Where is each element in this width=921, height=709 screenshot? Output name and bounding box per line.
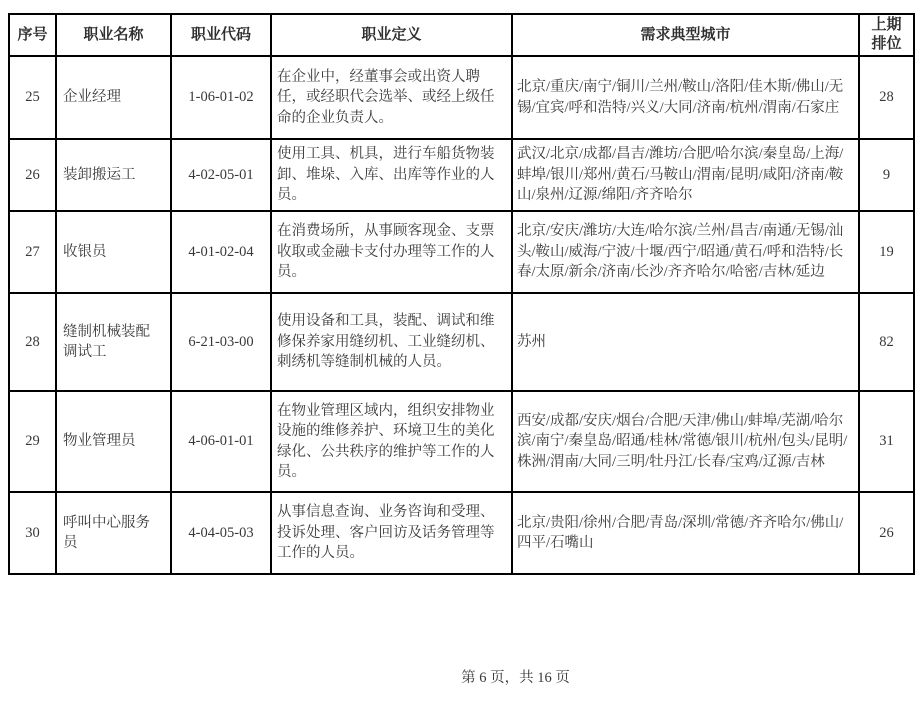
cell-demand-cities: 苏州 xyxy=(512,293,859,391)
header-previous-rank-line2: 排位 xyxy=(862,35,911,54)
cell-occupation-name: 企业经理 xyxy=(56,56,171,139)
header-occupation-definition: 职业定义 xyxy=(271,14,512,56)
cell-occupation-definition: 在物业管理区域内，组织安排物业设施的维修养护、环境卫生的美化绿化、公共秩序的维护… xyxy=(271,391,512,492)
cell-occupation-name: 装卸搬运工 xyxy=(56,139,171,211)
table-row: 26 装卸搬运工 4-02-05-01 使用工具、机具，进行车船货物装卸、堆垛、… xyxy=(9,139,914,211)
cell-previous-rank: 9 xyxy=(859,139,914,211)
table-header-row: 序号 职业名称 职业代码 职业定义 需求典型城市 上期 排位 xyxy=(9,14,914,56)
cell-occupation-code: 4-06-01-01 xyxy=(171,391,271,492)
cell-occupation-definition: 从事信息查询、业务咨询和受理、投诉处理、客户回访及话务管理等工作的人员。 xyxy=(271,492,512,574)
cell-previous-rank: 26 xyxy=(859,492,914,574)
table-row: 25 企业经理 1-06-01-02 在企业中，经董事会或出资人聘任，或经职代会… xyxy=(9,56,914,139)
occupation-ranking-table: 序号 职业名称 职业代码 职业定义 需求典型城市 上期 排位 25 企业经理 1… xyxy=(8,13,915,575)
cell-serial: 27 xyxy=(9,211,56,293)
cell-occupation-name: 物业管理员 xyxy=(56,391,171,492)
table-row: 28 缝制机械装配调试工 6-21-03-00 使用设备和工具，装配、调试和维修… xyxy=(9,293,914,391)
header-occupation-code: 职业代码 xyxy=(171,14,271,56)
cell-occupation-name: 呼叫中心服务员 xyxy=(56,492,171,574)
cell-serial: 28 xyxy=(9,293,56,391)
cell-demand-cities: 西安/成都/安庆/烟台/合肥/天津/佛山/蚌埠/芜湖/哈尔滨/南宁/秦皇岛/昭通… xyxy=(512,391,859,492)
page-number-footer: 第 6 页，共 16 页 xyxy=(0,666,921,687)
cell-serial: 26 xyxy=(9,139,56,211)
cell-previous-rank: 28 xyxy=(859,56,914,139)
table-row: 27 收银员 4-01-02-04 在消费场所，从事顾客现金、支票收取或金融卡支… xyxy=(9,211,914,293)
header-serial: 序号 xyxy=(9,14,56,56)
cell-previous-rank: 19 xyxy=(859,211,914,293)
cell-occupation-definition: 使用设备和工具，装配、调试和维修保养家用缝纫机、工业缝纫机、刺绣机等缝制机械的人… xyxy=(271,293,512,391)
table-row: 30 呼叫中心服务员 4-04-05-03 从事信息查询、业务咨询和受理、投诉处… xyxy=(9,492,914,574)
cell-serial: 29 xyxy=(9,391,56,492)
cell-demand-cities: 北京/贵阳/徐州/合肥/青岛/深圳/常德/齐齐哈尔/佛山/四平/石嘴山 xyxy=(512,492,859,574)
header-demand-cities: 需求典型城市 xyxy=(512,14,859,56)
cell-occupation-code: 4-01-02-04 xyxy=(171,211,271,293)
cell-occupation-definition: 在企业中，经董事会或出资人聘任，或经职代会选举、或经上级任命的企业负责人。 xyxy=(271,56,512,139)
cell-serial: 25 xyxy=(9,56,56,139)
cell-previous-rank: 31 xyxy=(859,391,914,492)
cell-occupation-code: 6-21-03-00 xyxy=(171,293,271,391)
cell-occupation-name: 收银员 xyxy=(56,211,171,293)
table-row: 29 物业管理员 4-06-01-01 在物业管理区域内，组织安排物业设施的维修… xyxy=(9,391,914,492)
cell-serial: 30 xyxy=(9,492,56,574)
header-previous-rank: 上期 排位 xyxy=(859,14,914,56)
cell-occupation-code: 4-02-05-01 xyxy=(171,139,271,211)
cell-demand-cities: 北京/重庆/南宁/铜川/兰州/鞍山/洛阳/佳木斯/佛山/无锡/宜宾/呼和浩特/兴… xyxy=(512,56,859,139)
cell-occupation-name: 缝制机械装配调试工 xyxy=(56,293,171,391)
cell-demand-cities: 北京/安庆/潍坊/大连/哈尔滨/兰州/昌吉/南通/无锡/汕头/鞍山/威海/宁波/… xyxy=(512,211,859,293)
cell-occupation-definition: 使用工具、机具，进行车船货物装卸、堆垛、入库、出库等作业的人员。 xyxy=(271,139,512,211)
header-occupation-name: 职业名称 xyxy=(56,14,171,56)
header-previous-rank-line1: 上期 xyxy=(862,16,911,35)
cell-occupation-code: 1-06-01-02 xyxy=(171,56,271,139)
cell-previous-rank: 82 xyxy=(859,293,914,391)
cell-demand-cities: 武汉/北京/成都/昌吉/潍坊/合肥/哈尔滨/秦皇岛/上海/蚌埠/银川/郑州/黄石… xyxy=(512,139,859,211)
cell-occupation-definition: 在消费场所，从事顾客现金、支票收取或金融卡支付办理等工作的人员。 xyxy=(271,211,512,293)
cell-occupation-code: 4-04-05-03 xyxy=(171,492,271,574)
